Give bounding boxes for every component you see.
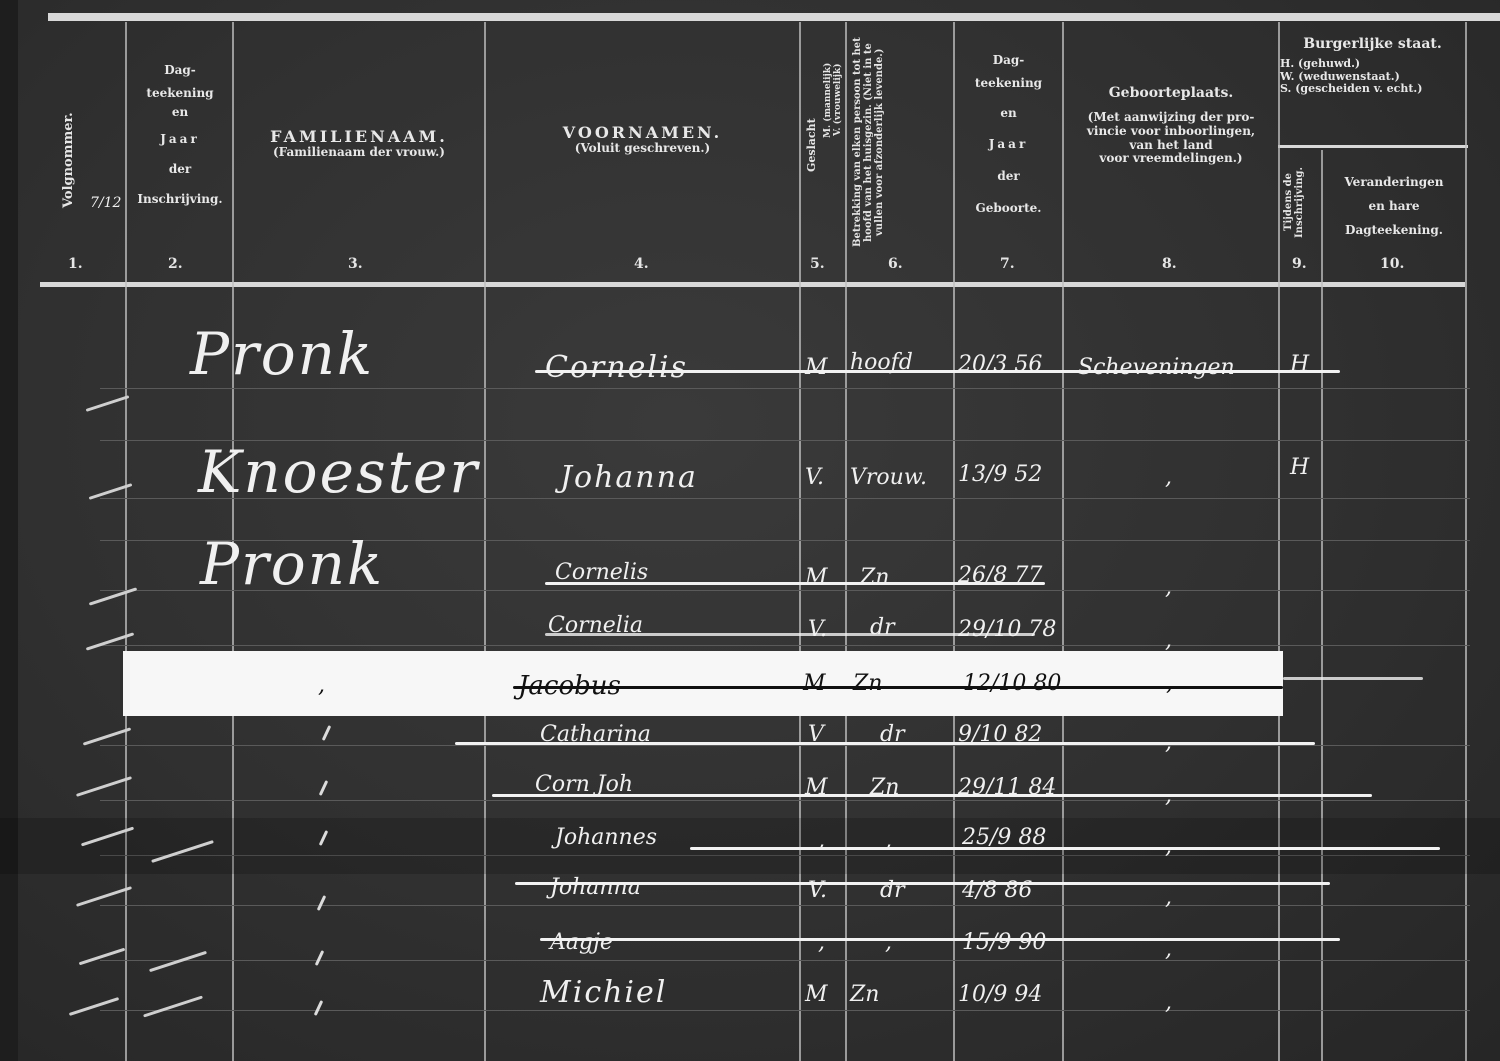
col9-label: Tijdens de Inschrijving. [1283, 155, 1319, 250]
entry-2-relation: Zn [860, 565, 889, 590]
header-rule [40, 282, 1465, 287]
col1-label: Volgnommer. [62, 85, 76, 235]
col2-header: Dag- teekening en Jaar der Inschrijving. [128, 55, 232, 214]
entry-1-birthplace: , [1165, 465, 1172, 490]
entry-3-birth: 29/10 78 [958, 617, 1056, 642]
entry-10-relation: Zn [850, 982, 879, 1007]
col10-number: 10. [1380, 256, 1404, 272]
entry-3-birthplace: , [1165, 628, 1172, 653]
col3-header: FAMILIENAAM. (Familienaam der vrouw.) [234, 128, 484, 160]
civil-status-rule [1278, 145, 1468, 148]
entry-10-sex: M [805, 982, 828, 1007]
civil-status-header: Burgerlijke staat. H. (gehuwd.) W. (wedu… [1280, 36, 1465, 96]
col1-number: 1. [68, 256, 83, 272]
col5-number: 5. [810, 256, 825, 272]
scan-band [0, 818, 1500, 874]
col1-annotation: 7/12 [90, 195, 121, 211]
col6-label: Betrekking van elken persoon tot het hoo… [852, 30, 947, 255]
col5-legend: M. (mannelijk)V. (vrouwelijk) [824, 40, 844, 160]
entry-9-birth: 15/9 90 [962, 930, 1046, 955]
entry-4-birthplace: , [1166, 671, 1173, 696]
col4-number: 4. [634, 256, 649, 272]
col8-header: Geboorteplaats. (Met aanwijzing der pro-… [1064, 85, 1278, 166]
entry-1-birth: 13/9 52 [958, 462, 1042, 487]
col-rule [1321, 150, 1323, 1061]
entry-4-relation: Zn [853, 671, 882, 696]
entry-2-birthplace: , [1165, 575, 1172, 600]
entry-0-birth: 20/3 56 [958, 352, 1042, 377]
col10-header: Veranderingen en hare Dagteekening. [1323, 170, 1465, 242]
entry-1-relation: Vrouw. [850, 465, 927, 490]
entry-10-birthplace: , [1165, 990, 1172, 1015]
entry-0-civil: H [1290, 352, 1309, 377]
entry-10-given: Michiel [540, 975, 667, 1010]
entry-2-sex: M [805, 565, 828, 590]
entry-3-sex: V. [808, 617, 827, 642]
binding-edge [0, 0, 18, 1061]
entry-0-given: Cornelis [545, 350, 688, 385]
entry-4-sex: M [803, 671, 826, 696]
entry-9-relation: , [885, 930, 892, 955]
col7-number: 7. [1000, 256, 1015, 272]
top-rule [48, 13, 1500, 21]
entry-1-civil: H [1290, 455, 1309, 480]
col5-label: Geslacht [806, 40, 818, 250]
entry-1-surname: Knoester [198, 438, 479, 506]
entry-0-birthplace: Scheveningen [1078, 355, 1235, 380]
entry-10-birth: 10/9 94 [958, 982, 1042, 1007]
entry-1-sex: V. [805, 465, 824, 490]
register-page: Volgnommer. 7/12 1. Dag- teekening en Ja… [0, 0, 1500, 1061]
entry-3-relation: dr [870, 615, 895, 640]
entry-7-given: Johannes [555, 825, 657, 850]
col6-number: 6. [888, 256, 903, 272]
col4-header: VOORNAMEN. (Voluit geschreven.) [486, 124, 799, 156]
col3-number: 3. [348, 256, 363, 272]
entry-9-sex: , [818, 930, 825, 955]
entry-4-birth: 12/10 80 [963, 671, 1061, 696]
entry-2-surname: Pronk [200, 530, 384, 598]
entry-0-sex: M [805, 355, 828, 380]
entry-9-given: Aagje [550, 930, 613, 955]
col9-number: 9. [1292, 256, 1307, 272]
entry-0-surname: Pronk [190, 320, 374, 388]
col8-number: 8. [1162, 256, 1177, 272]
entry-8-birthplace: , [1165, 885, 1172, 910]
entry-1-given: Johanna [560, 460, 698, 495]
col7-header: Dag- teekening en Jaar der Geboorte. [955, 52, 1062, 224]
col2-number: 2. [168, 256, 183, 272]
entry-4-surname: , [318, 673, 325, 698]
entry-8-given: Johanna [550, 875, 641, 900]
highlighted-entry-row[interactable]: , Jacobus M Zn 12/10 80 , [123, 651, 1283, 716]
